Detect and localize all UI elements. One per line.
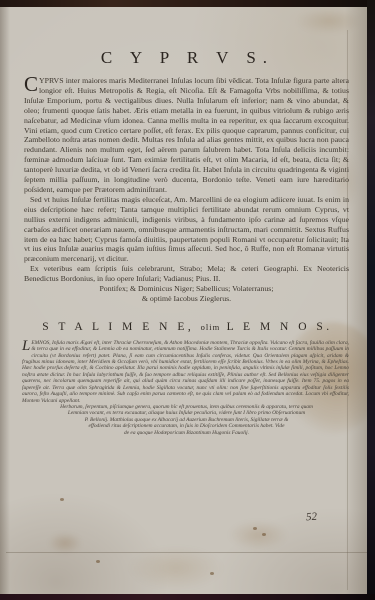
cyprus-section: CYPRVS inter maiores maris Mediterranei … xyxy=(0,76,375,304)
drop-cap-l: L xyxy=(22,340,31,353)
lemnos-closing-line: Lemniam vocant, ex terra excauatur, alia… xyxy=(24,410,349,416)
drop-cap-c: C xyxy=(24,76,39,93)
page-title: C Y P R V S. xyxy=(24,48,351,68)
stain xyxy=(228,520,288,550)
stain xyxy=(48,532,82,554)
photo-top-edge xyxy=(0,0,375,7)
cyprus-paragraph-1-text: YPRVS inter maiores maris Mediterranei I… xyxy=(24,76,349,194)
page-number: 52 xyxy=(306,511,318,524)
section-heading-stalimene: S T A L I M E N E, xyxy=(42,321,194,333)
cyprus-paragraph-2: Sed vt huius Inſulæ fertilitas magis elu… xyxy=(24,195,349,264)
book-photo: C Y P R V S. CYPRVS inter maiores maris … xyxy=(0,0,375,600)
foxing-speck xyxy=(60,498,64,501)
cyprus-closing-line: & optimè Iacobus Zieglerus. xyxy=(24,294,349,304)
section-heading-lemnos: L E M N O S. xyxy=(227,321,333,333)
page-right-shadow xyxy=(345,0,367,600)
lemnos-paragraph-text: EMNOS, Inſula maris Ægæi eſt, inter Thra… xyxy=(22,340,349,404)
cyprus-closing-line: Pontifex; & Dominicus Niger; Sabellicus;… xyxy=(24,284,349,294)
page-left-shadow xyxy=(0,0,10,600)
photo-bottom-edge xyxy=(0,594,375,600)
lemnos-closing-line: de ea quoque Hodœporicum Bizantinum Hugo… xyxy=(24,430,349,436)
paper-crease xyxy=(6,552,368,553)
section-heading-olim: olim xyxy=(201,322,221,332)
lemnos-section: S T A L I M E N E, olim L E M N O S. LEM… xyxy=(0,321,375,436)
lemnos-paragraph: LEMNOS, Inſula maris Ægæi eſt, inter Thr… xyxy=(22,340,349,404)
cyprus-paragraph-3: Ex veteribus eam ſcriptis ſuis celebraru… xyxy=(24,264,349,284)
foxing-speck xyxy=(96,560,100,563)
foxing-speck xyxy=(262,533,266,536)
cyprus-paragraph-1: CYPRVS inter maiores maris Mediterranei … xyxy=(24,76,349,195)
photo-right-edge xyxy=(367,0,375,600)
foxing-speck xyxy=(210,572,214,575)
section-heading: S T A L I M E N E, olim L E M N O S. xyxy=(24,321,351,333)
foxing-speck xyxy=(253,527,257,530)
book-page: C Y P R V S. CYPRVS inter maiores maris … xyxy=(0,48,375,436)
